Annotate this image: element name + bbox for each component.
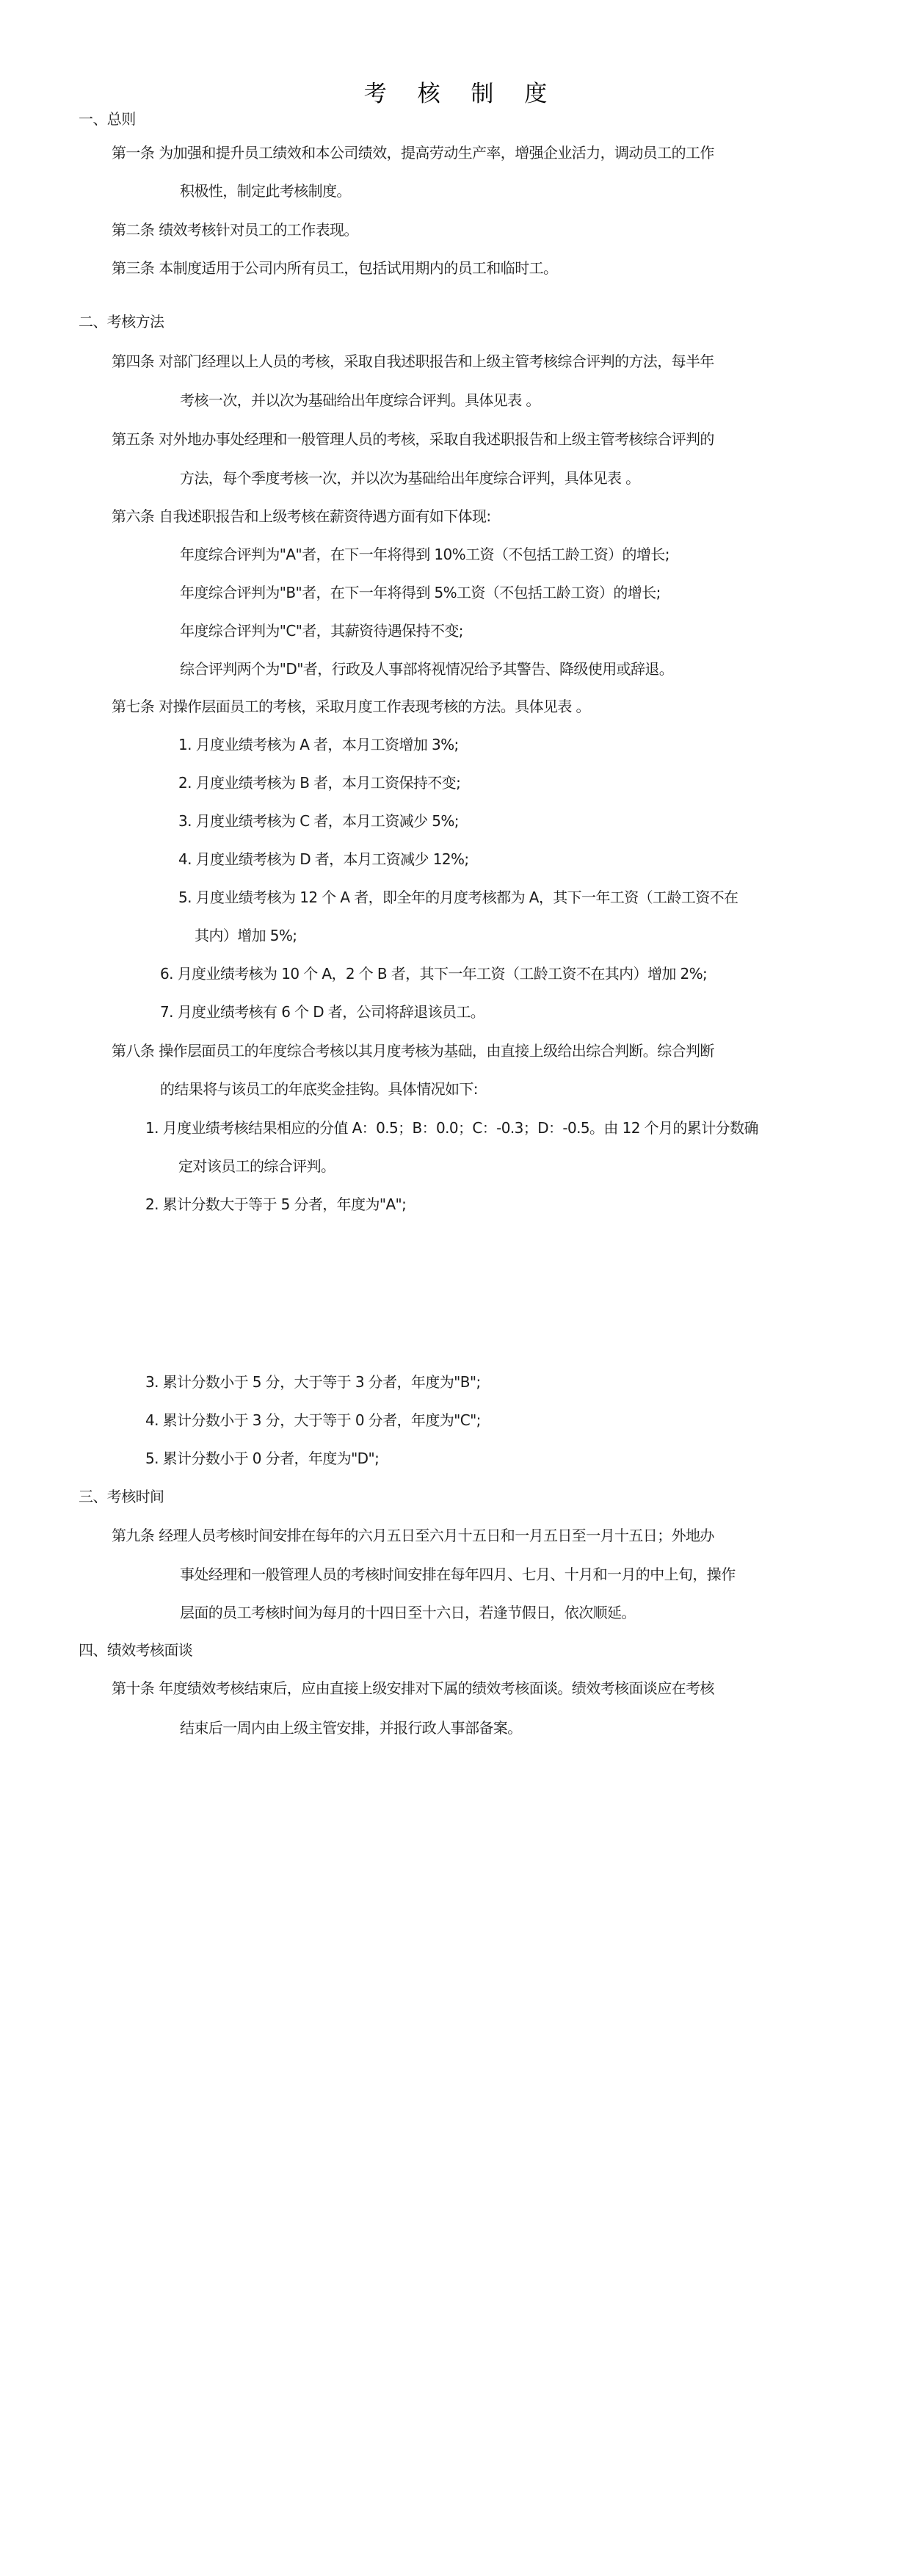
article-8: 第八条操作层面员工的年度综合考核以其月度考核为基础，由直接上级给出综合判断。综合… xyxy=(112,1041,714,1061)
article-6: 第六条自我述职报告和上级考核在薪资待遇方面有如下体现: xyxy=(112,506,491,527)
article-label: 第一条 xyxy=(112,144,154,162)
article-7-item: 1. 月度业绩考核为 A 者，本月工资增加 3%; xyxy=(178,734,459,755)
article-3: 第三条本制度适用于公司内所有员工，包括试用期内的员工和临时工。 xyxy=(112,258,557,278)
article-8-item-continuation: 定对该员工的综合评判。 xyxy=(178,1156,335,1176)
article-5: 第五条对外地办事处经理和一般管理人员的考核，采取自我述职报告和上级主管考核综合评… xyxy=(112,429,714,449)
article-text: 操作层面员工的年度综合考核以其月度考核为基础，由直接上级给出综合判断。综合判断 xyxy=(159,1042,714,1060)
section-heading-schedule: 三、考核时间 xyxy=(79,1486,164,1507)
article-1: 第一条为加强和提升员工绩效和本公司绩效，提高劳动生产率，增强企业活力，调动员工的… xyxy=(112,142,714,163)
article-5-continuation: 方法，每个季度考核一次，并以次为基础给出年度综合评判，具体见表 。 xyxy=(180,468,640,488)
article-text: 年度绩效考核结束后，应由直接上级安排对下属的绩效考核面谈。绩效考核面谈应在考核 xyxy=(159,1679,714,1697)
section-heading-interview: 四、绩效考核面谈 xyxy=(79,1640,192,1660)
article-text: 对外地办事处经理和一般管理人员的考核，采取自我述职报告和上级主管考核综合评判的 xyxy=(159,430,714,448)
article-7-item-continuation: 其内）增加 5%; xyxy=(195,925,297,946)
article-label: 第九条 xyxy=(112,1527,154,1544)
article-6-item: 年度综合评判为"C"者，其薪资待遇保持不变; xyxy=(180,621,463,641)
article-7-item: 7. 月度业绩考核有 6 个 D 者，公司将辞退该员工。 xyxy=(160,1002,484,1022)
article-4-continuation: 考核一次，并以次为基础给出年度综合评判。具体见表 。 xyxy=(180,390,540,410)
document-page: 考 核 制 度 一、总则 第一条为加强和提升员工绩效和本公司绩效，提高劳动生产率… xyxy=(0,0,911,2576)
article-6-item: 年度综合评判为"A"者，在下一年将得到 10%工资（不包括工龄工资）的增长; xyxy=(180,544,669,565)
section-heading-method: 二、考核方法 xyxy=(79,311,164,332)
document-title: 考 核 制 度 xyxy=(0,75,911,108)
article-label: 第八条 xyxy=(112,1042,154,1060)
article-label: 第二条 xyxy=(112,221,154,239)
article-6-item: 综合评判两个为"D"者，行政及人事部将视情况给予其警告、降级使用或辞退。 xyxy=(180,659,673,679)
section-heading-general: 一、总则 xyxy=(79,109,136,129)
article-10: 第十条年度绩效考核结束后，应由直接上级安排对下属的绩效考核面谈。绩效考核面谈应在… xyxy=(112,1678,714,1698)
article-2: 第二条绩效考核针对员工的工作表现。 xyxy=(112,220,358,240)
article-7-item: 4. 月度业绩考核为 D 者，本月工资减少 12%; xyxy=(178,849,469,869)
article-8-item: 5. 累计分数小于 0 分者，年度为"D"; xyxy=(145,1448,379,1469)
article-label: 第七条 xyxy=(112,698,154,715)
article-7-item: 5. 月度业绩考核为 12 个 A 者，即全年的月度考核都为 A，其下一年工资（… xyxy=(178,887,738,908)
article-8-item: 1. 月度业绩考核结果相应的分值 A：0.5；B：0.0；C：-0.3；D：-0… xyxy=(145,1118,758,1138)
article-7: 第七条对操作层面员工的考核，采取月度工作表现考核的方法。具体见表 。 xyxy=(112,696,590,717)
article-text: 绩效考核针对员工的工作表现。 xyxy=(159,221,358,239)
article-8-continuation: 的结果将与该员工的年底奖金挂钩。具体情况如下: xyxy=(160,1079,478,1099)
article-9-continuation: 事处经理和一般管理人员的考核时间安排在每年四月、七月、十月和一月的中上旬，操作 xyxy=(180,1564,736,1585)
article-label: 第五条 xyxy=(112,430,154,448)
article-1-continuation: 积极性，制定此考核制度。 xyxy=(180,181,351,201)
article-text: 对操作层面员工的考核，采取月度工作表现考核的方法。具体见表 。 xyxy=(159,698,590,715)
article-4: 第四条对部门经理以上人员的考核，采取自我述职报告和上级主管考核综合评判的方法，每… xyxy=(112,351,714,372)
article-text: 为加强和提升员工绩效和本公司绩效，提高劳动生产率，增强企业活力，调动员工的工作 xyxy=(159,144,714,162)
article-9-continuation: 层面的员工考核时间为每月的十四日至十六日，若逢节假日，依次顺延。 xyxy=(180,1602,636,1623)
article-text: 对部门经理以上人员的考核，采取自我述职报告和上级主管考核综合评判的方法，每半年 xyxy=(159,352,714,370)
article-9: 第九条经理人员考核时间安排在每年的六月五日至六月十五日和一月五日至一月十五日；外… xyxy=(112,1525,714,1546)
article-text: 自我述职报告和上级考核在薪资待遇方面有如下体现: xyxy=(159,507,490,525)
article-label: 第三条 xyxy=(112,259,154,277)
article-8-item: 2. 累计分数大于等于 5 分者，年度为"A"; xyxy=(145,1194,406,1215)
article-10-continuation: 结束后一周内由上级主管安排，并报行政人事部备案。 xyxy=(180,1718,522,1738)
article-7-item: 6. 月度业绩考核为 10 个 A，2 个 B 者，其下一年工资（工龄工资不在其… xyxy=(160,963,707,984)
article-7-item: 3. 月度业绩考核为 C 者，本月工资减少 5%; xyxy=(178,811,459,831)
article-6-item: 年度综合评判为"B"者，在下一年将得到 5%工资（不包括工龄工资）的增长; xyxy=(180,582,661,603)
article-label: 第六条 xyxy=(112,507,154,525)
article-7-item: 2. 月度业绩考核为 B 者，本月工资保持不变; xyxy=(178,773,460,793)
article-text: 经理人员考核时间安排在每年的六月五日至六月十五日和一月五日至一月十五日；外地办 xyxy=(159,1527,714,1544)
article-8-item: 3. 累计分数小于 5 分，大于等于 3 分者，年度为"B"; xyxy=(145,1372,481,1392)
article-label: 第十条 xyxy=(112,1679,154,1697)
article-text: 本制度适用于公司内所有员工，包括试用期内的员工和临时工。 xyxy=(159,259,557,277)
article-label: 第四条 xyxy=(112,352,154,370)
article-8-item: 4. 累计分数小于 3 分，大于等于 0 分者，年度为"C"; xyxy=(145,1410,481,1430)
